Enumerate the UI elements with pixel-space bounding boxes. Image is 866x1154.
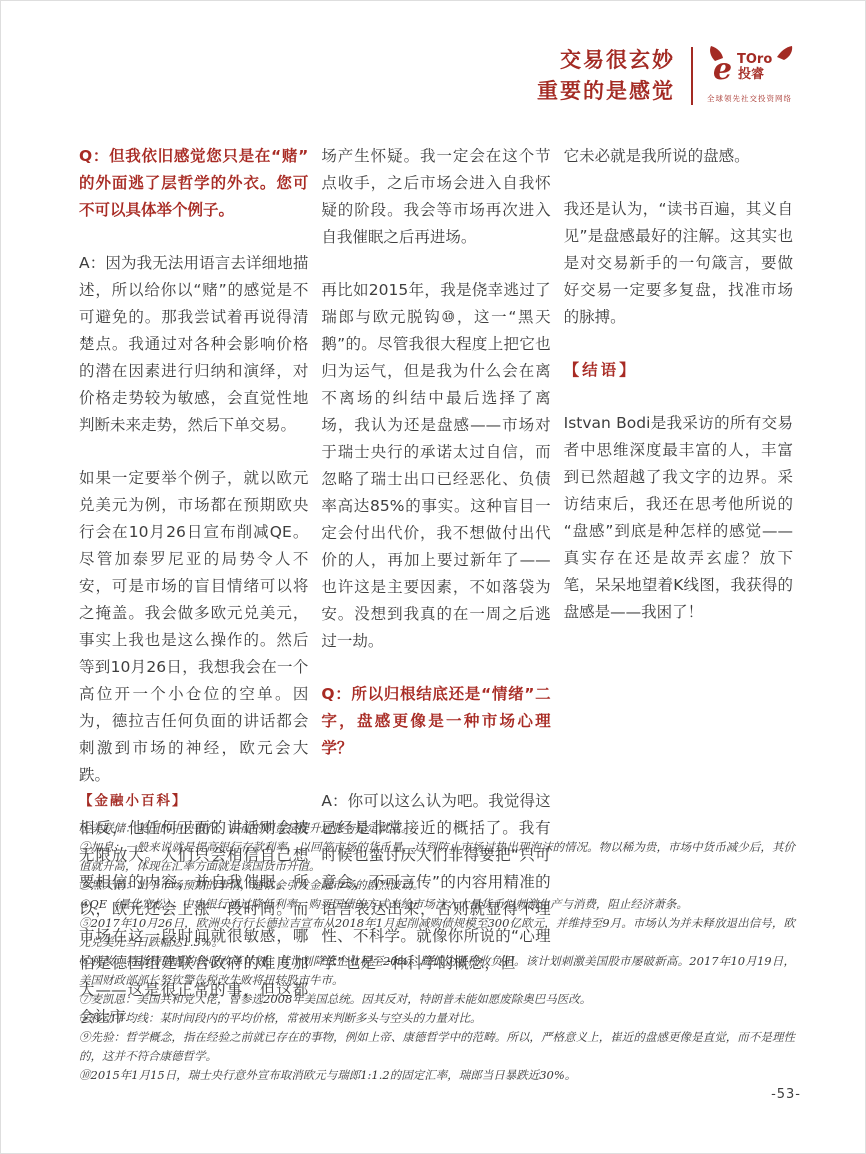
- etoro-logo: e TOro 投睿 全球领先社交投资网络: [693, 45, 803, 104]
- header-title-line2: 重要的是感觉: [537, 76, 675, 107]
- glossary-item: ③黑天鹅：出乎市场预期的事情，通常会引发金融市场的剧烈波动。: [79, 876, 795, 895]
- magazine-page: 交易很玄妙 重要的是感觉 e TOro 投睿 全球领先社交投资网络 Q：但我依旧…: [0, 0, 866, 1154]
- page-number: -53-: [771, 1087, 801, 1102]
- logo-toro-text: TOro: [737, 52, 772, 67]
- glossary-item: ②加息：一般来说就是提高银行存款利率，以回笼市场的货币量，达到防止市场过热出现泡…: [79, 838, 795, 876]
- glossary-item: ⑩2015年1月15日，瑞士央行意外宣布取消欧元与瑞郎1:1.2的固定汇率，瑞郎…: [79, 1066, 795, 1085]
- paragraph: Istvan Bodi是我采访的所有交易者中思维深度最丰富的人，丰富到已然超越了…: [564, 410, 793, 626]
- paragraph: 再比如2015年，我是侥幸逃过了瑞郎与欧元脱钩⑩，这一“黑天鹅”的。尽管我很大程…: [321, 277, 550, 655]
- glossary-item: ⑥税改：特指特朗普的税收改革计划，其计划降低企业税至20%，降低企业税收负担。该…: [79, 952, 795, 990]
- glossary-section: 【金融小百科】 ①美联储：美国的中央银行，目前的职责是提升通胀与稳定就业。 ②加…: [79, 789, 795, 1085]
- paragraph: 它未必就是我所说的盘感。: [564, 143, 793, 170]
- answer-block: A：因为我无法用语言去详细地描述，所以给你以“赌”的感觉是不可避免的。那我尝试着…: [79, 250, 308, 439]
- glossary-item: ⑤2017年10月26日，欧洲央行行长德拉吉宣布从2018年1月起削减购债规模至…: [79, 914, 795, 952]
- logo-e-glyph: e: [713, 52, 732, 87]
- question-block: Q：所以归根结底还是“情绪”二字，盘感更像是一种市场心理学？: [321, 681, 550, 762]
- etoro-bull-icon: e TOro 投睿: [707, 45, 803, 87]
- question-block: Q：但我依旧感觉您只是在“赌”的外面逃了层哲学的外衣。您可不可以具体举个例子。: [79, 143, 308, 224]
- logo-cn-text: 投睿: [738, 66, 764, 82]
- logo-tagline: 全球领先社交投资网络: [707, 93, 803, 104]
- glossary-title: 【金融小百科】: [79, 789, 795, 809]
- paragraph: 场产生怀疑。我一定会在这个节点收手，之后市场会进入自我怀疑的阶段。我会等市场再次…: [321, 143, 550, 251]
- glossary-item: ⑧移动平均线：某时间段内的平均价格，常被用来判断多头与空头的力量对比。: [79, 1009, 795, 1028]
- paragraph: 如果一定要举个例子，就以欧元兑美元为例，市场都在预期欧央行会在10月26日宣布削…: [79, 465, 308, 789]
- glossary-item: ①美联储：美国的中央银行，目前的职责是提升通胀与稳定就业。: [79, 819, 795, 838]
- page-header-title: 交易很玄妙 重要的是感觉: [537, 45, 691, 107]
- glossary-item: ⑨先验：哲学概念，指在经验之前就已存在的事物，例如上帝、康德哲学中的范畴。所以，…: [79, 1028, 795, 1066]
- epilogue-heading: 【结语】: [564, 357, 793, 384]
- glossary-list: ①美联储：美国的中央银行，目前的职责是提升通胀与稳定就业。 ②加息：一般来说就是…: [79, 819, 795, 1085]
- page-header: 交易很玄妙 重要的是感觉 e TOro 投睿 全球领先社交投资网络: [537, 45, 803, 107]
- glossary-item: ④QE（量化宽松）：中央银行通过降低利率、购买国债的方式来给市场注入大量货币以刺…: [79, 895, 795, 914]
- header-title-line1: 交易很玄妙: [537, 45, 675, 76]
- paragraph: 我还是认为，“读书百遍，其义自见”是盘感最好的注解。这其实也是对交易新手的一句箴…: [564, 196, 793, 331]
- glossary-item: ⑦麦凯恩：美国共和党大佬，曾参选2008年美国总统。因其反对，特朗普未能如愿废除…: [79, 990, 795, 1009]
